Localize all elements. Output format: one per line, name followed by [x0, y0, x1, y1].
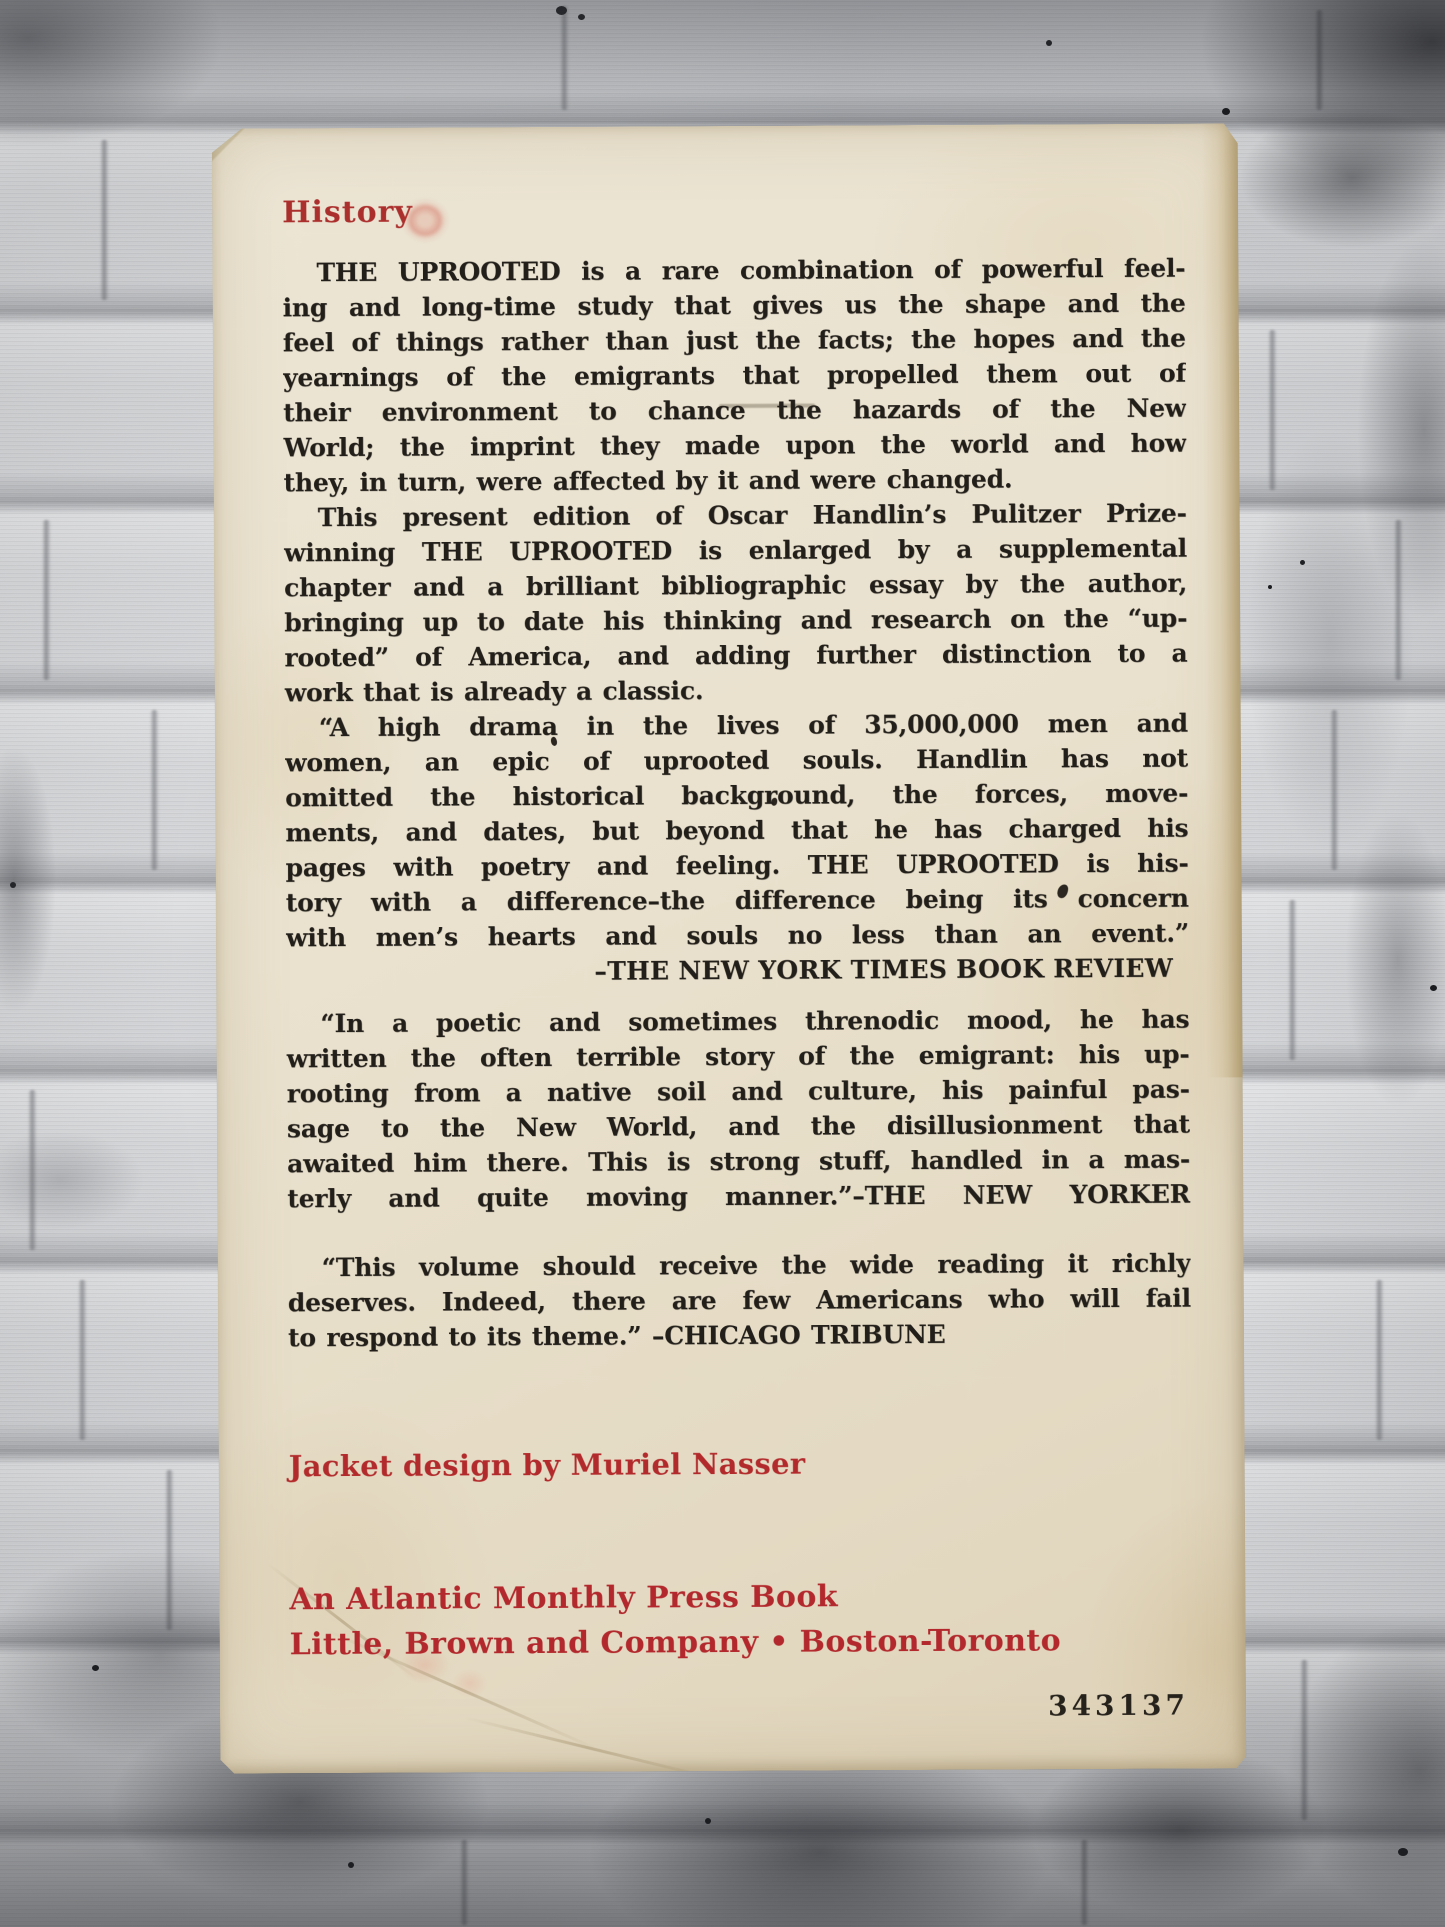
paper-edge-shading [212, 123, 1247, 1773]
book-back-cover: History THE UPROOTED is a rare combinati… [212, 123, 1247, 1773]
photo-of-book-back-cover: History THE UPROOTED is a rare combinati… [0, 0, 1445, 1927]
